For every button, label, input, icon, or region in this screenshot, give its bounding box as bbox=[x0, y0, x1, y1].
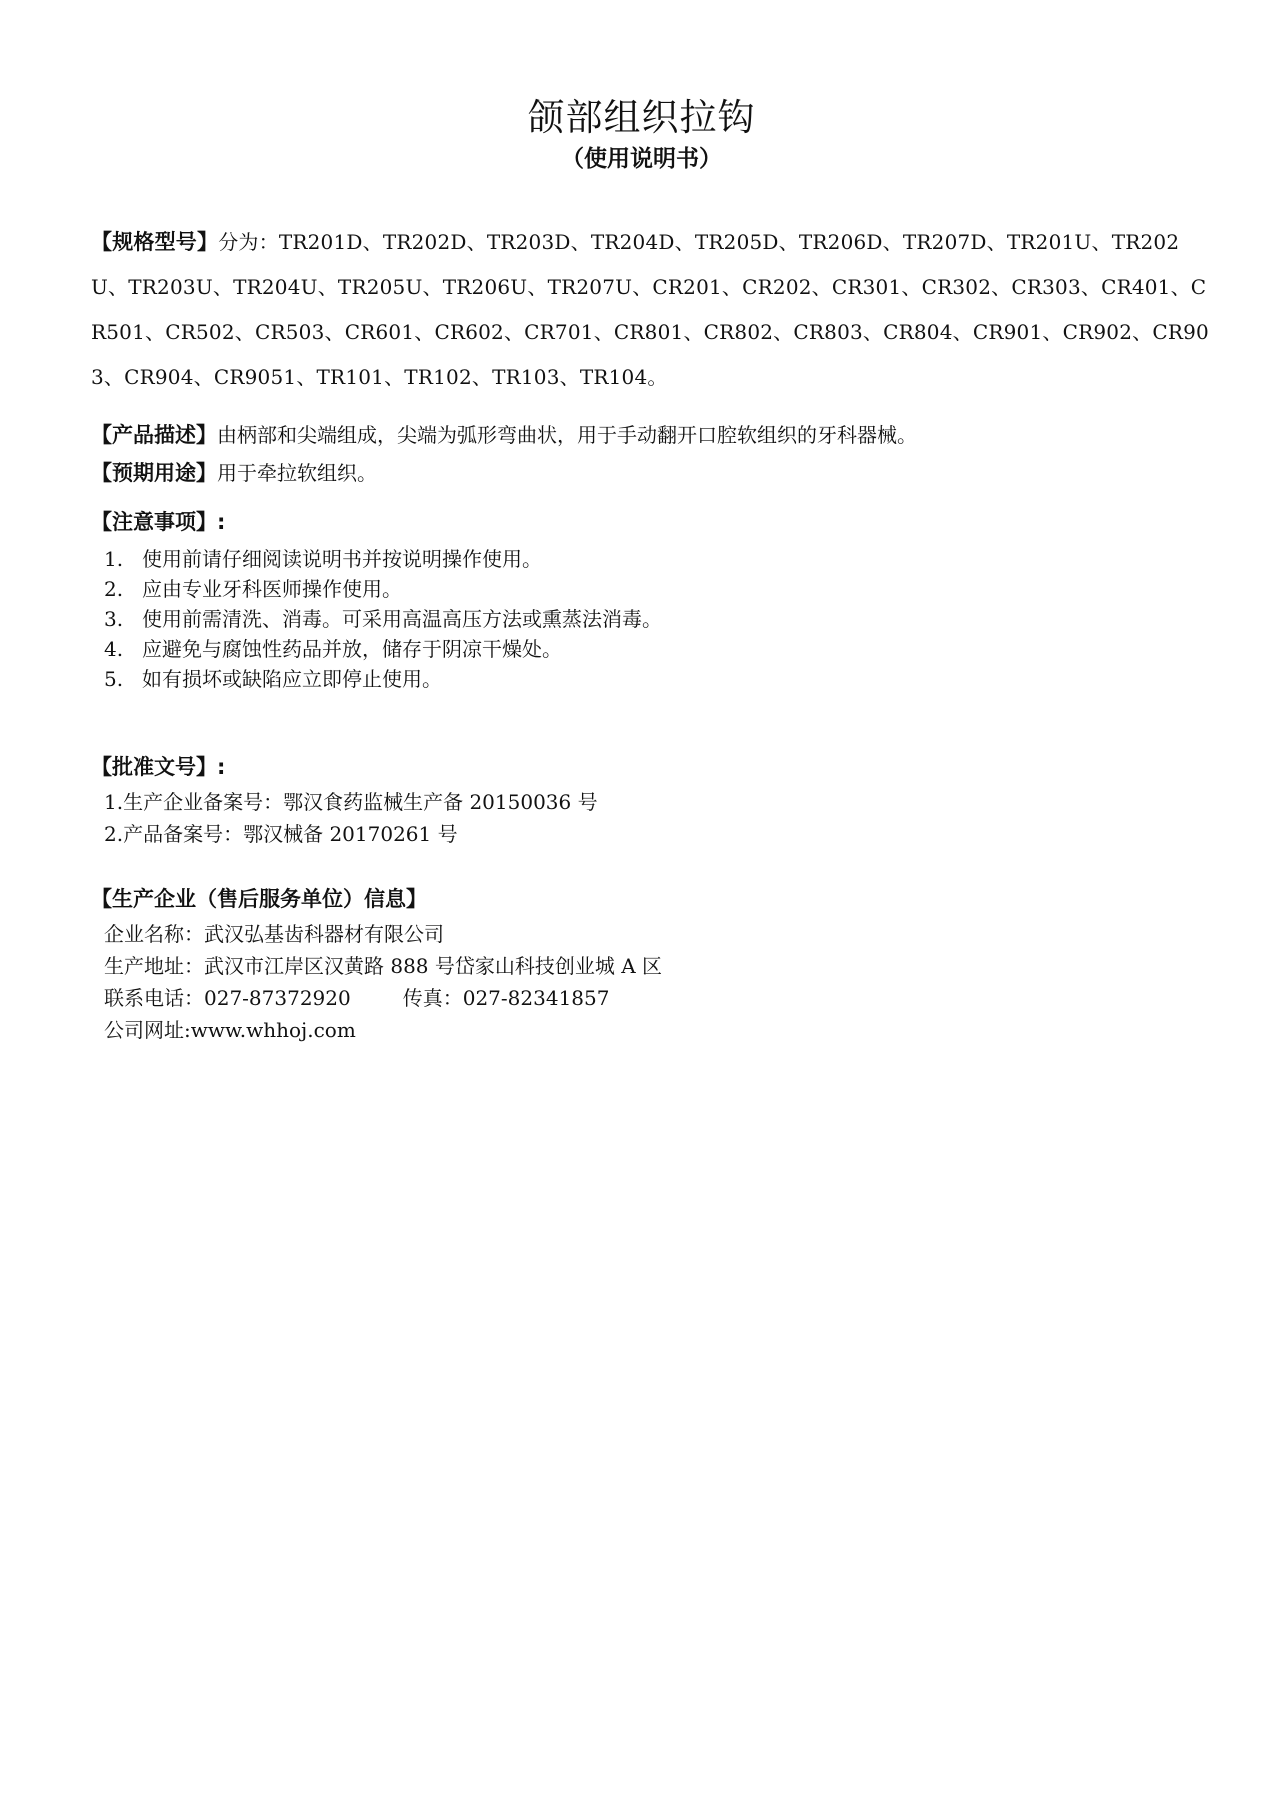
list-item: 3.使用前需清洗、消毒。可采用高温高压方法或熏蒸法消毒。 bbox=[104, 604, 662, 634]
website-link[interactable]: www.whhoj.com bbox=[191, 1014, 356, 1046]
fax-label: 传真： bbox=[403, 982, 463, 1014]
company-address: 武汉市江岸区汉黄路 888 号岱家山科技创业城 A 区 bbox=[204, 950, 662, 982]
item-text: 应由专业牙科医师操作使用。 bbox=[142, 574, 402, 604]
item-text: 生产企业备案号：鄂汉食药监械生产备 20150036 号 bbox=[123, 786, 598, 818]
list-item: 1.生产企业备案号：鄂汉食药监械生产备 20150036 号 bbox=[104, 786, 598, 818]
instruction-manual-page: 颌部组织拉钩 （使用说明书） 【规格型号】分为：TR201D、TR202D、TR… bbox=[0, 0, 1283, 1815]
description-label: 【产品描述】 bbox=[91, 423, 217, 447]
intended-use-label: 【预期用途】 bbox=[91, 461, 217, 485]
item-text: 产品备案号：鄂汉械备 20170261 号 bbox=[123, 818, 458, 850]
company-contact-row: 联系电话：027-87372920传真：027-82341857 bbox=[104, 982, 662, 1014]
company-name: 武汉弘基齿科器材有限公司 bbox=[204, 918, 444, 950]
item-text: 使用前请仔细阅读说明书并按说明操作使用。 bbox=[142, 544, 542, 574]
spec-prefix: 分为： bbox=[218, 230, 279, 254]
item-number: 4. bbox=[104, 634, 142, 664]
description-section: 【产品描述】由柄部和尖端组成，尖端为弧形弯曲状，用于手动翻开口腔软组织的牙科器械… bbox=[91, 418, 1211, 452]
notices-heading: 【注意事项】: bbox=[91, 507, 225, 537]
item-text: 如有损坏或缺陷应立即停止使用。 bbox=[142, 664, 442, 694]
fax-number: 027-82341857 bbox=[463, 982, 610, 1014]
list-item: 2.产品备案号：鄂汉械备 20170261 号 bbox=[104, 818, 598, 850]
intended-use-section: 【预期用途】用于牵拉软组织。 bbox=[91, 456, 1211, 490]
item-text: 应避免与腐蚀性药品并放，储存于阴凉干燥处。 bbox=[142, 634, 562, 664]
list-item: 1.使用前请仔细阅读说明书并按说明操作使用。 bbox=[104, 544, 662, 574]
spec-label: 【规格型号】 bbox=[91, 230, 218, 254]
item-text: 使用前需清洗、消毒。可采用高温高压方法或熏蒸法消毒。 bbox=[142, 604, 662, 634]
list-item: 5.如有损坏或缺陷应立即停止使用。 bbox=[104, 664, 662, 694]
spec-section: 【规格型号】分为：TR201D、TR202D、TR203D、TR204D、TR2… bbox=[91, 220, 1211, 400]
approval-heading: 【批准文号】: bbox=[91, 752, 225, 782]
notices-list: 1.使用前请仔细阅读说明书并按说明操作使用。 2.应由专业牙科医师操作使用。 3… bbox=[104, 544, 662, 694]
company-address-label: 生产地址： bbox=[104, 950, 204, 982]
approval-list: 1.生产企业备案号：鄂汉食药监械生产备 20150036 号 2.产品备案号：鄂… bbox=[104, 786, 598, 850]
item-number: 3. bbox=[104, 604, 142, 634]
list-item: 4.应避免与腐蚀性药品并放，储存于阴凉干燥处。 bbox=[104, 634, 662, 664]
list-item: 2.应由专业牙科医师操作使用。 bbox=[104, 574, 662, 604]
item-number: 2. bbox=[104, 818, 123, 850]
company-address-row: 生产地址：武汉市江岸区汉黄路 888 号岱家山科技创业城 A 区 bbox=[104, 950, 662, 982]
phone-number: 027-87372920 bbox=[204, 982, 351, 1014]
description-text: 由柄部和尖端组成，尖端为弧形弯曲状，用于手动翻开口腔软组织的牙科器械。 bbox=[217, 423, 917, 447]
item-number: 5. bbox=[104, 664, 142, 694]
phone-label: 联系电话： bbox=[104, 982, 204, 1014]
company-name-row: 企业名称：武汉弘基齿科器材有限公司 bbox=[104, 918, 662, 950]
item-number: 1. bbox=[104, 786, 123, 818]
website-label: 公司网址: bbox=[104, 1014, 191, 1046]
company-heading: 【生产企业（售后服务单位）信息】 bbox=[91, 884, 427, 914]
intended-use-text: 用于牵拉软组织。 bbox=[217, 461, 377, 485]
document-subtitle: （使用说明书） bbox=[0, 144, 1283, 174]
item-number: 1. bbox=[104, 544, 142, 574]
item-number: 2. bbox=[104, 574, 142, 604]
company-name-label: 企业名称： bbox=[104, 918, 204, 950]
company-website-row: 公司网址:www.whhoj.com bbox=[104, 1014, 662, 1046]
company-info-list: 企业名称：武汉弘基齿科器材有限公司 生产地址：武汉市江岸区汉黄路 888 号岱家… bbox=[104, 918, 662, 1046]
document-title: 颌部组织拉钩 bbox=[0, 96, 1283, 140]
